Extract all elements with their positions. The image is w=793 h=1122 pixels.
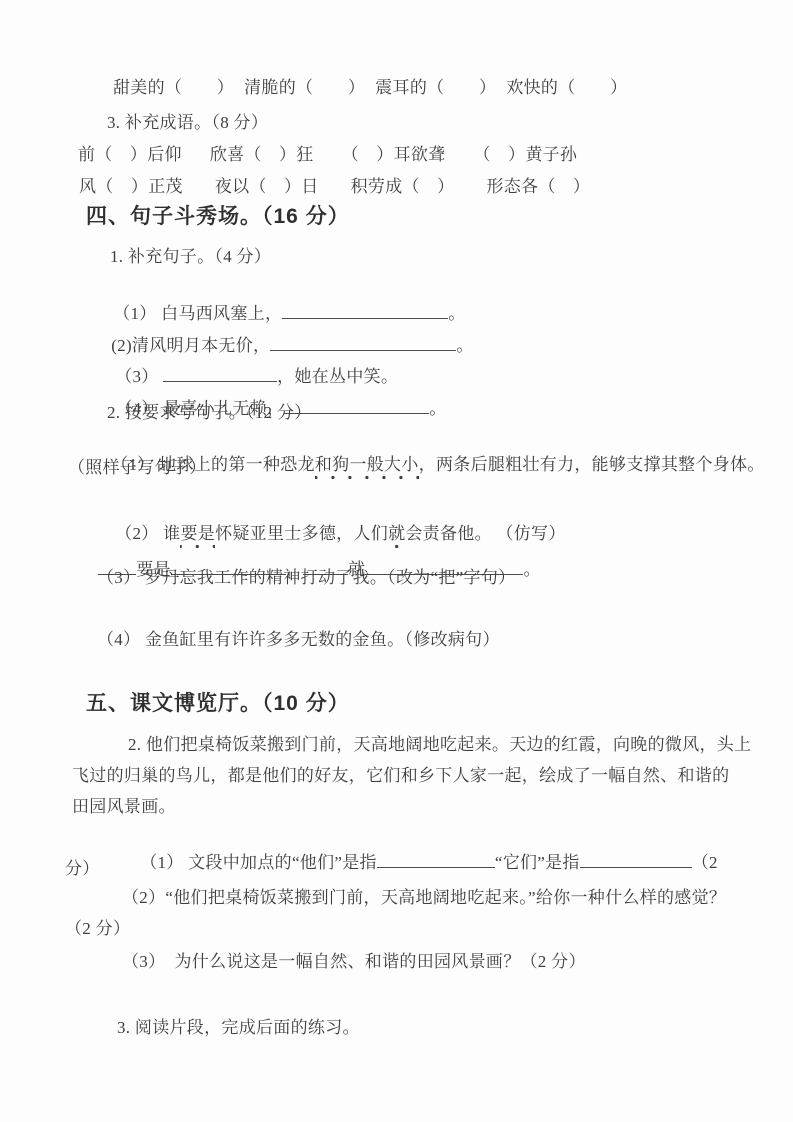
passage-line3: 田园风景画。 <box>72 795 176 819</box>
answer-blank <box>580 850 692 868</box>
section5-heading: 五、课文博览厅。（10 分） <box>86 690 350 718</box>
emphasized-text: 和狗一般大小 <box>315 455 419 480</box>
section4-heading: 四、句子斗秀场。（16 分） <box>86 203 350 231</box>
part2-title: 2. 按要求写句子。（12 分） <box>107 401 312 425</box>
idiom-item: 欣喜（ ）狂 <box>210 143 314 167</box>
question-text: 。 <box>456 336 473 355</box>
part1-title: 1. 补充句子。（4 分） <box>110 245 271 269</box>
idiom-item: 形态各（ ） <box>486 175 590 199</box>
passage-line2: 飞过的归巢的鸟儿，都是他们的好友，它们和乡下人家一起，绘成了一幅自然、和谐的 <box>72 764 729 788</box>
vocab-item: 清脆的（ ） <box>244 76 365 100</box>
vocab-row: 甜美的（ ） 清脆的（ ） 震耳的（ ） 欢快的（ ） <box>113 76 627 100</box>
section5-q2-line1: （2）“他们把桌椅饭菜搬到门前，天高地阔地吃起来。”给你一种什么样的感觉？ <box>122 886 726 910</box>
vocab-item: 甜美的（ ） <box>113 76 234 100</box>
part2-q4: （4） 金鱼缸里有许许多多无数的金鱼。（修改病句） <box>97 628 500 652</box>
question-text: 。 <box>523 560 540 579</box>
idiom-item: 夜以（ ）日 <box>215 175 319 199</box>
section5-q3: （3） 为什么说这是一幅自然、和谐的田园风景画？（2 分） <box>122 950 586 974</box>
idiom-row-2: 风（ ）正茂 夜以（ ）日 积劳成（ ） 形态各（ ） <box>79 175 590 199</box>
part2-q3: （3） 罗丹忘我工作的精神打动了我。（改为“把”字句） <box>97 566 515 590</box>
idiom-row-1: 前（ ）后仰 欣喜（ ）狂 （ ）耳欲聋 （ ）黄子孙 <box>78 143 577 167</box>
section5-q2-line2: （2 分） <box>65 917 130 941</box>
question-text: “它们”是指 <box>495 853 580 872</box>
passage-line1: 2. 他们把桌椅饭菜搬到门前，天高地阔地吃起来。天边的红霞，向晚的微风，头上 <box>128 733 751 757</box>
idiom-item: （ ）耳欲聋 <box>342 143 446 167</box>
part2-q1-note: （照样子写句子） <box>68 456 206 480</box>
idiom-title: 3. 补充成语。（8 分） <box>107 111 268 135</box>
idiom-item: 积劳成（ ） <box>351 175 455 199</box>
question-text: ，两条后腿粗壮有力，能够支撑其整个身体。 <box>419 455 765 474</box>
exam-page: 甜美的（ ） 清脆的（ ） 震耳的（ ） 欢快的（ ） 3. 补充成语。（8 分… <box>0 0 793 1122</box>
idiom-item: 风（ ）正茂 <box>79 175 183 199</box>
answer-blank <box>377 850 495 868</box>
question-text: （1） 文段中加点的“他们”是指 <box>140 853 377 872</box>
question-text: 。 <box>429 399 446 418</box>
question-text: （2 <box>692 853 718 872</box>
idiom-item: 前（ ）后仰 <box>78 143 182 167</box>
vocab-item: 欢快的（ ） <box>506 76 627 100</box>
reading-title: 3. 阅读片段，完成后面的练习。 <box>117 1016 360 1040</box>
section5-q1-line2: 分） <box>65 857 100 881</box>
vocab-item: 震耳的（ ） <box>375 76 496 100</box>
idiom-item: （ ）黄子孙 <box>473 143 577 167</box>
